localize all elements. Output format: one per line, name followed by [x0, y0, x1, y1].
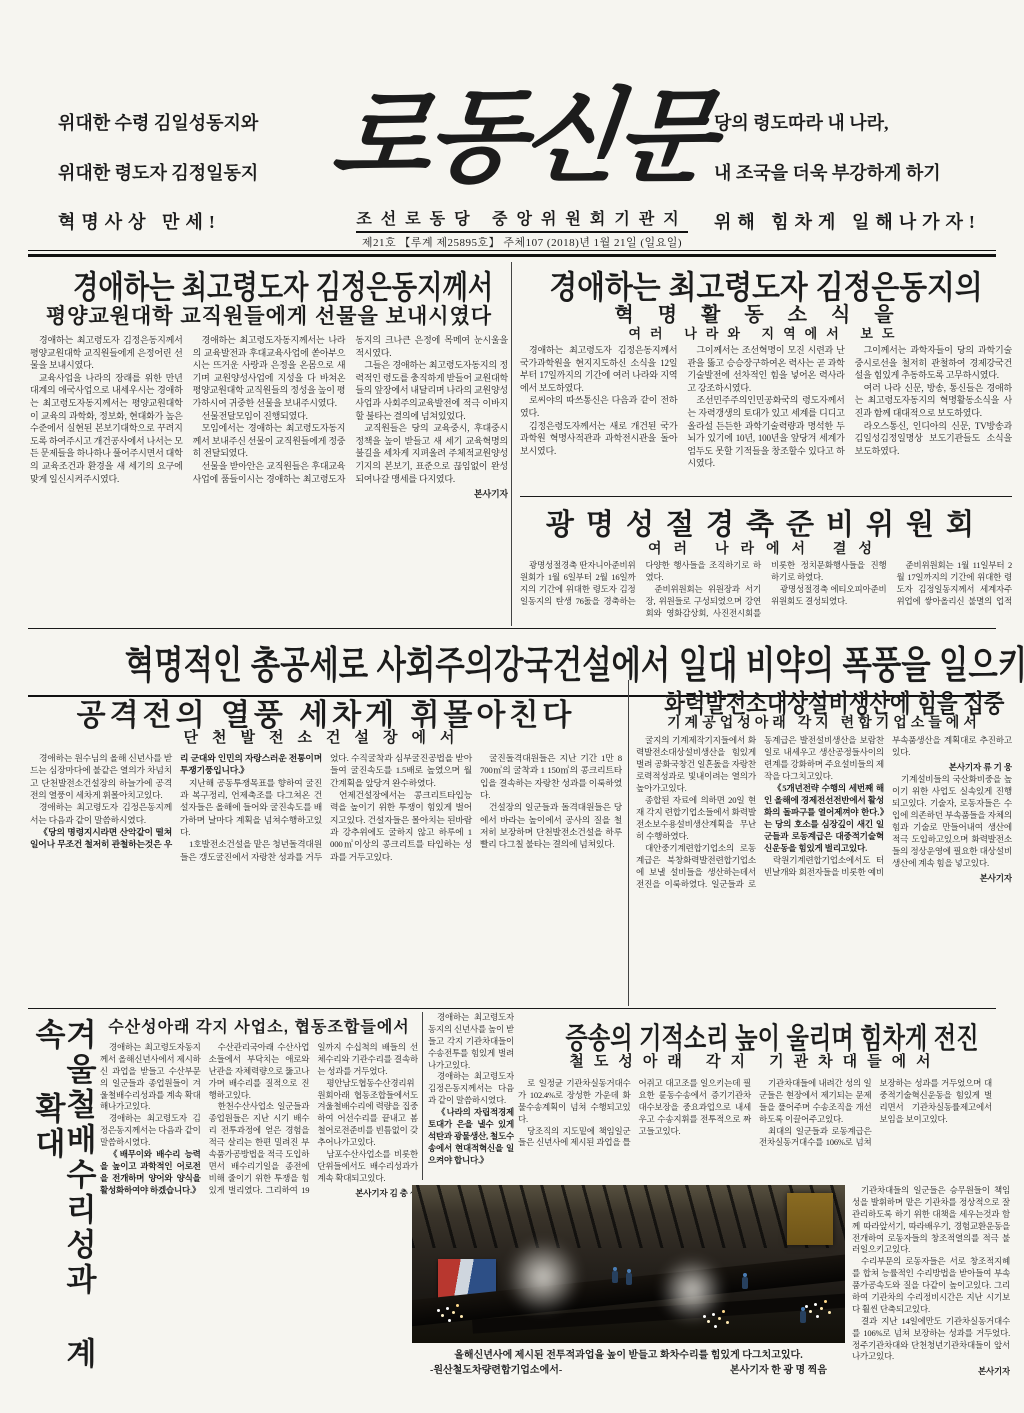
photo-worker: [612, 1271, 618, 1283]
newspaper-subtitle-text: 조선로동당 중앙위원회기관지: [356, 206, 687, 233]
article-bottom-right-side: 기관차대들의 일군들은 승무원들이 책임성을 발휘하며 맡은 기관차를 정상적으…: [852, 1185, 1010, 1385]
factory-photo: [412, 1185, 845, 1343]
section-head-fisheries: 수산성아래 각지 사업소, 협동조합들에서: [100, 1014, 418, 1037]
article-bottom-left-body: 경애하는 최고령도자동지께서 올해신년사에서 제시하신 과업을 받들고 수산부문…: [100, 1042, 418, 1382]
section-rule: [28, 1008, 996, 1009]
photo-overhead-crane: [787, 1193, 833, 1245]
photo-caption-credit: 본사기자 한 광 명 찍음: [730, 1363, 827, 1378]
subhead-top-left: 평양교원대학 교직원들에게 선물을 보내시였다: [30, 300, 508, 330]
newspaper-title: 로동신문: [327, 86, 718, 188]
article-bottom-right-lead: 경애하는 최고령도자동지의 신년사를 높이 받들고 각지 기관차대들이 수송전투…: [428, 1012, 514, 1182]
section-rule: [520, 496, 1012, 497]
subhead-mid-right: 기계공업성아래 각지 련합기업소들에서: [636, 712, 1012, 732]
article-top-left-body: 경애하는 최고령도자 김정은동지께서 평양교원대학 교직원들에게 은정어린 선물…: [30, 334, 508, 624]
article-kwangmyongsong-body: 광명성절경축 딴자니아준비위원회가 1월 6일부터 2월 16일까지의 기간에 …: [520, 560, 1012, 626]
subhead-mid-left: 단천발전소건설장에서: [30, 726, 622, 747]
banner-headline-text: 혁명적인 총공세로 사회주의강국건설에서 일대 비약의 폭풍을 일으키자: [125, 634, 899, 689]
column-divider: [628, 680, 629, 1006]
photo-caption-credits: -원산철도차량련합기업소에서- 본사기자 한 광 명 찍음: [412, 1363, 845, 1378]
subhead-top-right-sub: 여러 나라와 지역에서 보도: [520, 323, 1012, 342]
article-top-right-body: 경애하는 최고령도자 김정은동지께서 국가과학원을 현지지도하신 소식을 12일…: [520, 344, 1012, 490]
photo-welding-sparks: [712, 1313, 715, 1316]
photo-welding-sparks: [446, 1307, 449, 1310]
article-bottom-right-body: 로 일정균 기관차실동거대수가 102.4%로 장성한 가운데 화물수송계획이 …: [518, 1078, 992, 1180]
column-divider: [511, 262, 512, 626]
photo-worker: [626, 1273, 632, 1285]
masthead-rule: [28, 250, 996, 257]
article-mid-right-body: 굴지의 기계제작기지들에서 화력발전소대상설비생산을 힘있게 벌려 공화국창건 …: [636, 734, 1012, 1002]
photo-worker: [742, 1277, 748, 1289]
photo-worker: [800, 1311, 806, 1323]
headline-bottom-left-vertical: 겨울철배수리성과 계속 확대: [44, 1018, 94, 1378]
slogan-left: 위대한 수령 김일성동지와위대한 령도자 김정일동지혁명사상 만세!: [58, 112, 258, 261]
article-mid-left-body: 경애하는 원수님의 올해 신년사를 받드는 심장마다에 불같은 열의가 차넘치고…: [30, 752, 622, 1002]
newspaper-subtitle: 조선로동당 중앙위원회기관지: [332, 206, 712, 233]
column-divider: [422, 1012, 423, 1180]
headline-kwangmyongsong: 광명성절경축준비위원회: [520, 502, 1012, 543]
photo-caption-line: 올해신년사에 제시된 전투적과업을 높이 받들고 화차수리를 힘있게 다그치고있…: [412, 1348, 845, 1363]
newspaper-page: 위대한 수령 김일성동지와위대한 령도자 김정일동지혁명사상 만세! 당의 령도…: [0, 0, 1024, 1413]
photo-caption: 올해신년사에 제시된 전투적과업을 높이 받들고 화차수리를 힘있게 다그치고있…: [412, 1348, 845, 1378]
section-rule: [28, 628, 996, 629]
subhead-kwangmyongsong: 여러 나라에서 결성: [520, 538, 1012, 558]
photo-roof-truss: [412, 1185, 845, 1248]
subhead-bottom-right: 철도성아래 각지 기관차대들에서: [518, 1050, 992, 1071]
photo-smoke: [508, 1237, 578, 1317]
photo-welding-sparks: [814, 1303, 817, 1306]
slogan-right: 당의 령도따라 내 나라,내 조국을 더욱 부강하게 하기위해 힘차게 일해나가…: [714, 112, 981, 261]
photo-caption-source: -원산철도차량련합기업소에서-: [430, 1363, 562, 1378]
issue-line: 제21호 【루계 제25895호】 주체107 (2018)년 1월 21일 (…: [312, 234, 732, 250]
